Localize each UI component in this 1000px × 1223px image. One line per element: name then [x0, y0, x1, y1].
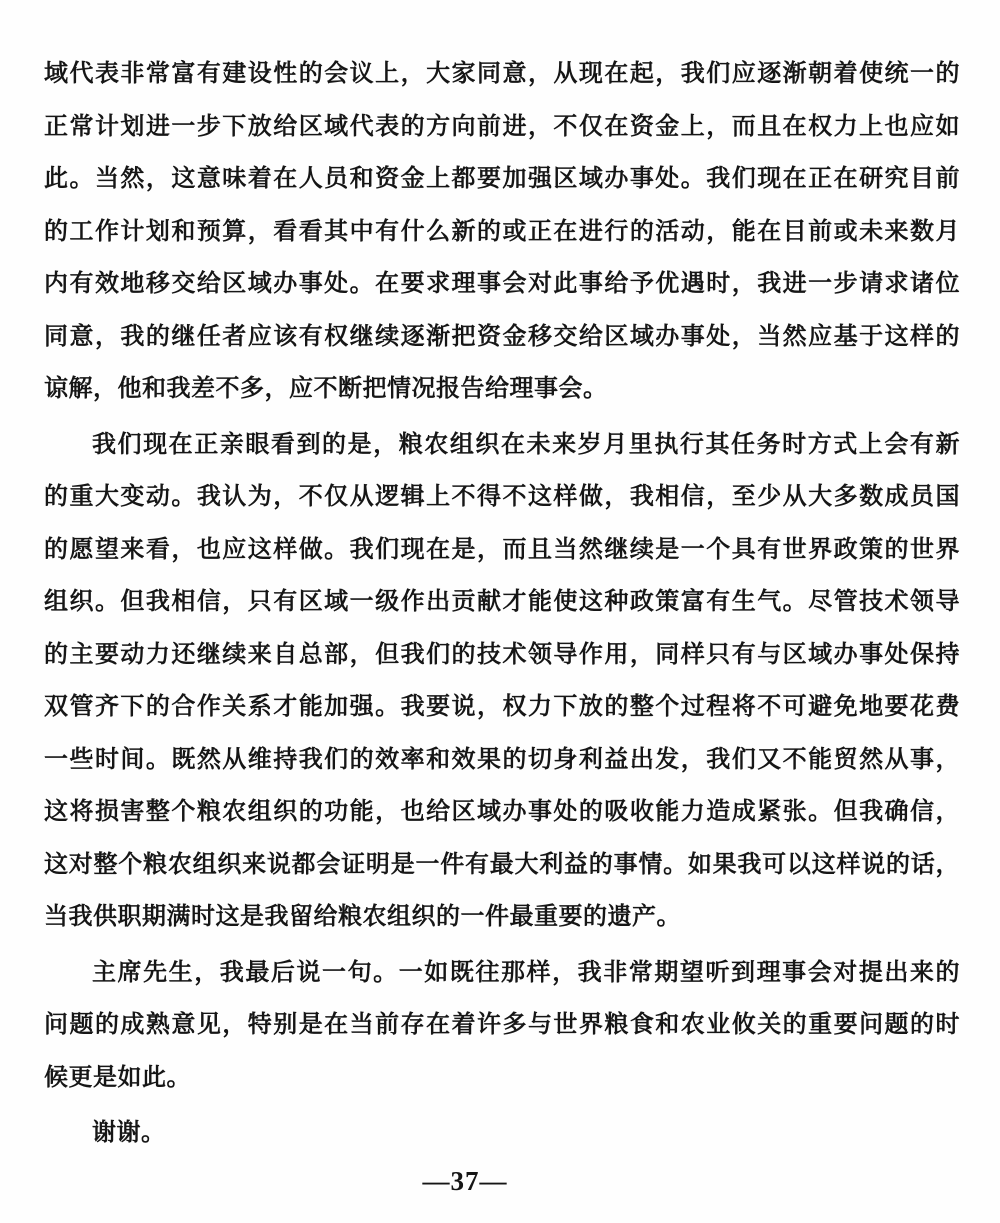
text-line: 此。当然，这意味着在人员和资金上都要加强区域办事处。我们现在正在研究目前 [44, 153, 960, 206]
text-line: 这将损害整个粮农组织的功能，也给区域办事处的吸收能力造成紧张。但我确信， [44, 786, 960, 839]
text-line: 当我供职期满时这是我留给粮农组织的一件最重要的遗产。 [44, 891, 960, 944]
document-page: 域代表非常富有建设性的会议上，大家同意，从现在起，我们应逐渐朝着使统一的 正常计… [0, 0, 1000, 1223]
paragraph: 谢谢。 [44, 1107, 960, 1160]
text-line: 谢谢。 [44, 1107, 960, 1160]
text-line: 组织。但我相信，只有区域一级作出贡献才能使这种政策富有生气。尽管技术领导 [44, 576, 960, 629]
text-line: 谅解，他和我差不多，应不断把情况报告给理事会。 [44, 363, 960, 416]
text-line: 这对整个粮农组织来说都会证明是一件有最大利益的事情。如果我可以这样说的话， [44, 839, 960, 892]
text-line: 问题的成熟意见，特别是在当前存在着许多与世界粮食和农业攸关的重要问题的时 [44, 999, 960, 1052]
text-line: 正常计划进一步下放给区域代表的方向前进，不仅在资金上，而且在权力上也应如 [44, 101, 960, 154]
paragraph: 我们现在正亲眼看到的是，粮农组织在未来岁月里执行其任务时方式上会有新 的重大变动… [44, 419, 960, 944]
page-number: —37— [423, 1166, 508, 1197]
text-line: 的主要动力还继续来自总部，但我们的技术领导作用，同样只有与区域办事处保持 [44, 629, 960, 682]
paragraph: 域代表非常富有建设性的会议上，大家同意，从现在起，我们应逐渐朝着使统一的 正常计… [44, 48, 960, 416]
text-line: 一些时间。既然从维持我们的效率和效果的切身利益出发，我们又不能贸然从事， [44, 734, 960, 787]
text-line: 同意，我的继任者应该有权继续逐渐把资金移交给区域办事处，当然应基于这样的 [44, 311, 960, 364]
paragraph: 主席先生，我最后说一句。一如既往那样，我非常期望听到理事会对提出来的 问题的成熟… [44, 947, 960, 1105]
text-line: 内有效地移交给区域办事处。在要求理事会对此事给予优遇时，我进一步请求诸位 [44, 258, 960, 311]
text-line: 候更是如此。 [44, 1052, 960, 1105]
text-line: 的工作计划和预算，看看其中有什么新的或正在进行的活动，能在目前或未来数月 [44, 206, 960, 259]
text-line: 我们现在正亲眼看到的是，粮农组织在未来岁月里执行其任务时方式上会有新 [44, 419, 960, 472]
text-line: 的重大变动。我认为，不仅从逻辑上不得不这样做，我相信，至少从大多数成员国 [44, 471, 960, 524]
text-line: 双管齐下的合作关系才能加强。我要说，权力下放的整个过程将不可避免地要花费 [44, 681, 960, 734]
text-block: 域代表非常富有建设性的会议上，大家同意，从现在起，我们应逐渐朝着使统一的 正常计… [44, 48, 960, 1160]
text-line: 的愿望来看，也应这样做。我们现在是，而且当然继续是一个具有世界政策的世界 [44, 524, 960, 577]
text-line: 域代表非常富有建设性的会议上，大家同意，从现在起，我们应逐渐朝着使统一的 [44, 48, 960, 101]
text-line: 主席先生，我最后说一句。一如既往那样，我非常期望听到理事会对提出来的 [44, 947, 960, 1000]
